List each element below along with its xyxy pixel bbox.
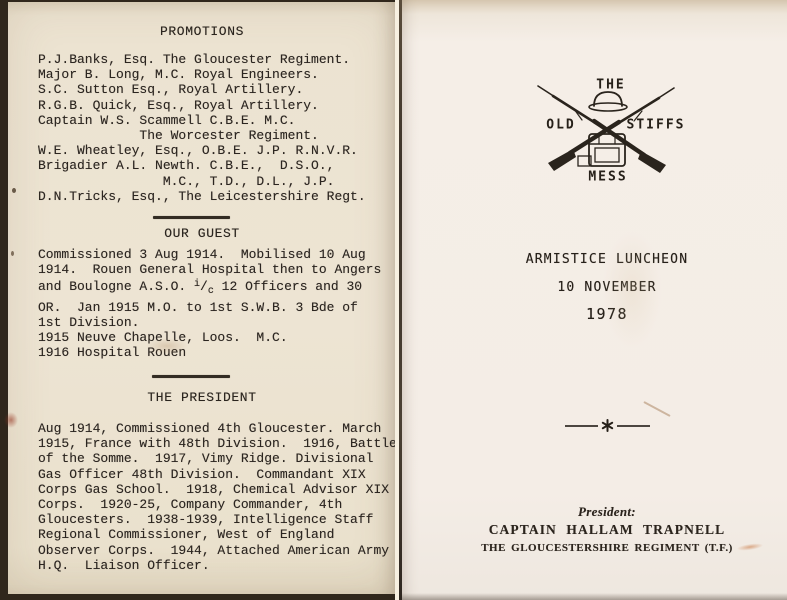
typewritten-line: Observer Corps. 1944, Attached American …: [38, 543, 397, 558]
stain-mark: [11, 251, 14, 256]
typewritten-line: 1915 Neuve Chapelle, Loos. M.C.: [38, 330, 381, 345]
typewritten-line: Commissioned 3 Aug 1914. Mobilised 10 Au…: [38, 247, 381, 262]
typewritten-line-ic: and Boulogne A.S.O. i/c 12 Officers and …: [38, 277, 381, 299]
typewritten-line: Regional Commissioner, West of England: [38, 527, 397, 542]
scanned-programme: PROMOTIONS P.J.Banks, Esq. The Glouceste…: [0, 0, 787, 600]
stain-mark: [4, 412, 18, 428]
stain-mark: [12, 188, 16, 193]
promotion-line: Captain W.S. Scammell C.B.E. M.C.: [38, 113, 366, 128]
president-name: CAPTAIN HALLAM TRAPNELL: [427, 522, 787, 538]
event-title: ARMISTICE LUNCHEON: [427, 252, 787, 267]
star-icon: [601, 419, 614, 432]
typewritten-line: 1914. Rouen General Hospital then to Ang…: [38, 262, 381, 277]
our-guest-heading: OUR GUEST: [8, 226, 396, 241]
promotion-line: The Worcester Regiment.: [38, 128, 366, 143]
section-divider-rule: [153, 216, 230, 219]
typewritten-line: H.Q. Liaison Officer.: [38, 558, 397, 573]
crest-word-old: OLD: [546, 118, 575, 133]
promotion-line: P.J.Banks, Esq. The Gloucester Regiment.: [38, 52, 366, 67]
promotions-heading: PROMOTIONS: [8, 24, 396, 39]
typewritten-line: Aug 1914, Commissioned 4th Gloucester. M…: [38, 421, 397, 436]
scan-bottom-shadow: [402, 593, 787, 600]
promotion-line: S.C. Sutton Esq., Royal Artillery.: [38, 82, 366, 97]
divider-dash: [617, 425, 650, 427]
promotion-line: R.G.B. Quick, Esq., Royal Artillery.: [38, 98, 366, 113]
crest-word-mess: MESS: [588, 170, 627, 185]
typewritten-line: 1915, France with 48th Division. 1916, B…: [38, 436, 397, 451]
our-guest-paragraph: Commissioned 3 Aug 1914. Mobilised 10 Au…: [38, 247, 381, 360]
promotion-line: Brigadier A.L. Newth. C.B.E., D.S.O.,: [38, 158, 366, 173]
event-date: 10 NOVEMBER: [427, 280, 787, 295]
typewritten-line: OR. Jan 1915 M.O. to 1st S.W.B. 3 Bde of: [38, 300, 381, 315]
promotion-line: Major B. Long, M.C. Royal Engineers.: [38, 67, 366, 82]
ic-slash: /: [200, 279, 208, 294]
left-page: PROMOTIONS P.J.Banks, Esq. The Glouceste…: [8, 2, 396, 594]
promotion-line: W.E. Wheatley, Esq., O.B.E. J.P. R.N.V.R…: [38, 143, 366, 158]
ic-post: 12 Officers and 30: [214, 279, 362, 294]
event-year: 1978: [427, 305, 787, 323]
crest-word-the: THE: [596, 78, 625, 93]
star-divider: [427, 419, 787, 432]
promotions-list: P.J.Banks, Esq. The Gloucester Regiment.…: [38, 52, 366, 204]
ic-pre: and Boulogne A.S.O.: [38, 279, 194, 294]
typewritten-line: 1916 Hospital Rouen: [38, 345, 381, 360]
crest-word-stiffs: STIFFS: [627, 118, 686, 133]
typewritten-line: 1st Division.: [38, 315, 381, 330]
president-biography: Aug 1914, Commissioned 4th Gloucester. M…: [38, 421, 397, 573]
typewritten-line: Gas Officer 48th Division. Commandant XI…: [38, 467, 397, 482]
president-regiment: THE GLOUCESTERSHIRE REGIMENT (T.F.): [427, 542, 787, 554]
promotion-line: D.N.Tricks, Esq., The Leicestershire Reg…: [38, 189, 366, 204]
typewritten-line: Corps Gas School. 1918, Chemical Advisor…: [38, 482, 397, 497]
right-page: THE OLD STIFFS MESS ARMISTICE LUNCHEON 1…: [402, 0, 787, 600]
president-label: President:: [427, 504, 787, 520]
divider-dash: [565, 425, 598, 427]
the-president-heading: THE PRESIDENT: [8, 390, 396, 405]
typewritten-line: Corps. 1920-25, Company Commander, 4th: [38, 497, 397, 512]
stain-mark: [643, 401, 670, 417]
section-divider-rule: [152, 375, 230, 378]
mess-crest: THE OLD STIFFS MESS: [498, 60, 720, 188]
typewritten-line: Gloucesters. 1938-1939, Intelligence Sta…: [38, 512, 397, 527]
promotion-line: M.C., T.D., D.L., J.P.: [38, 174, 366, 189]
typewritten-line: of the Somme. 1917, Vimy Ridge. Division…: [38, 451, 397, 466]
